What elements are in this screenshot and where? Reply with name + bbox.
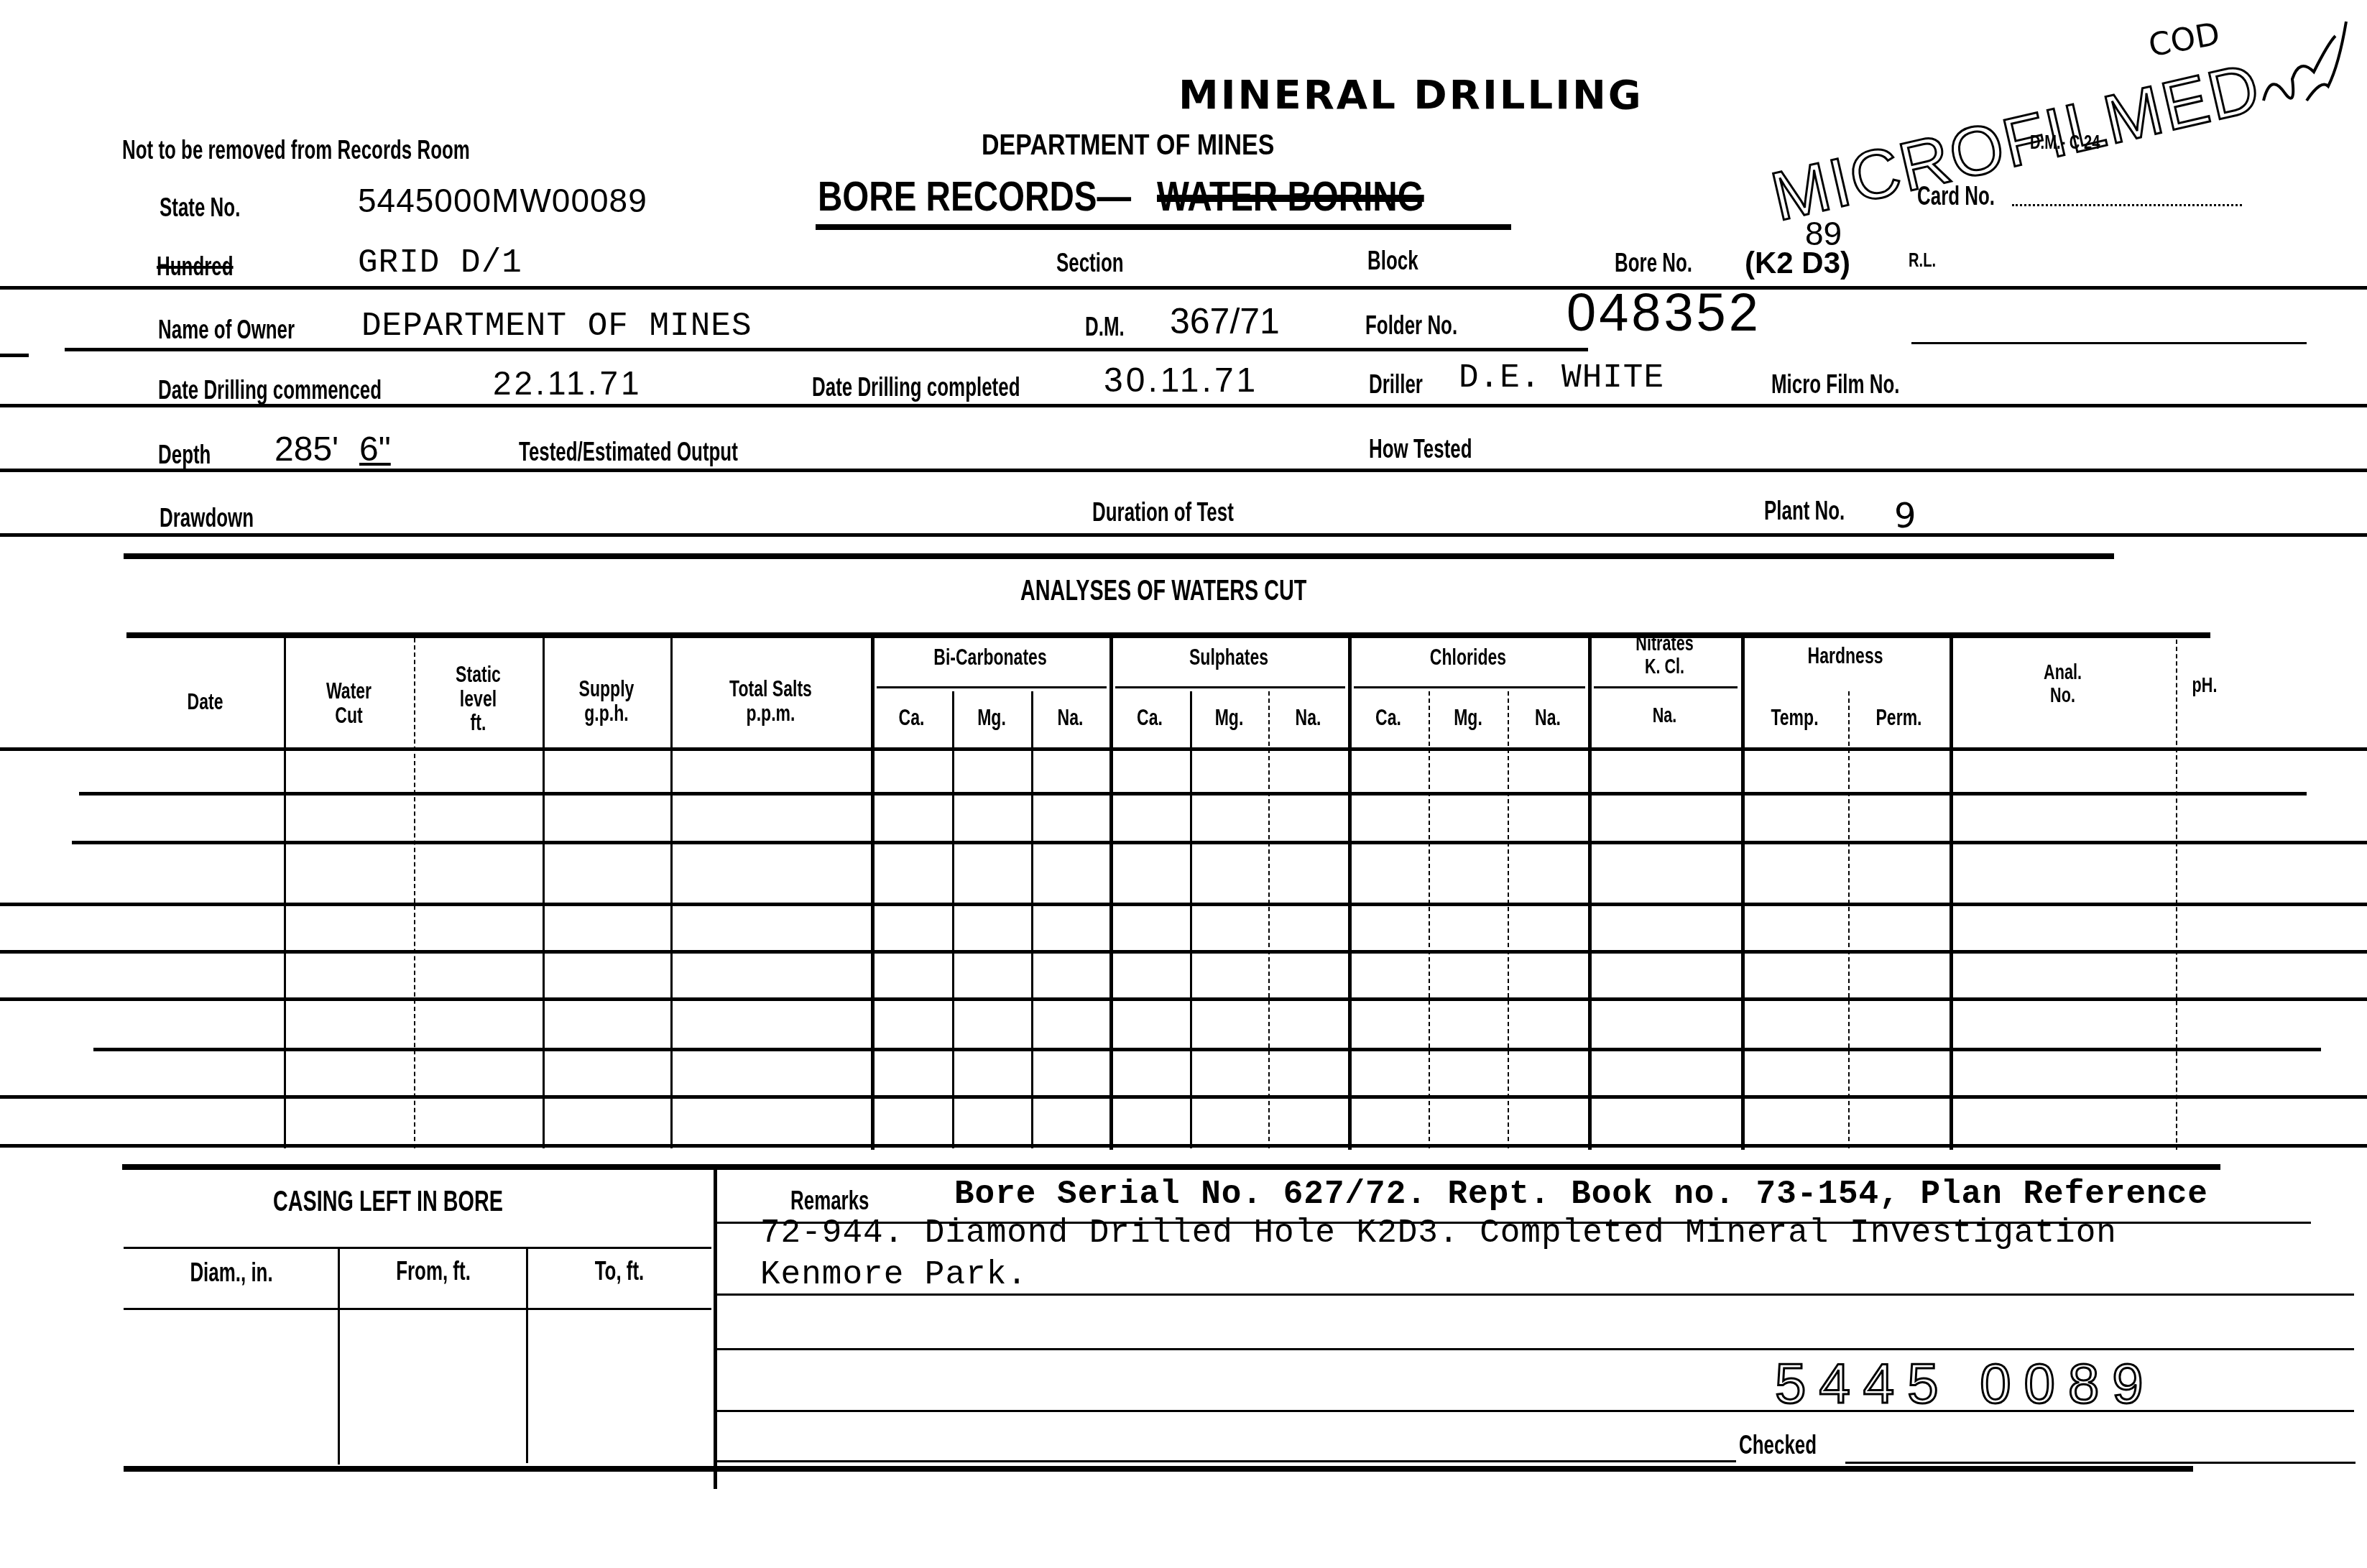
form-title: BORE RECORDS—WATER BORING: [818, 172, 1482, 221]
how-tested-label: How Tested: [1369, 434, 1472, 464]
handwritten-initials-scribble: [2256, 14, 2350, 115]
col-divider: [284, 638, 286, 1148]
analyses-title: ANALYSES OF WATERS CUT: [1020, 575, 1306, 607]
hundred-label: Hundred: [157, 252, 234, 282]
casing-rows-area[interactable]: [124, 1309, 711, 1464]
stamped-bore-number: 5445 0089: [1775, 1351, 2156, 1416]
col-divider: [1508, 691, 1509, 1148]
casing-header-rule: [124, 1247, 711, 1249]
bore-no-subvalue[interactable]: (K2 D3): [1745, 246, 1850, 280]
divider-row-3: [0, 404, 2367, 407]
bicarb-mg-header: Mg.: [963, 706, 1020, 730]
table-row[interactable]: [79, 792, 2307, 795]
card-no-field[interactable]: [2012, 204, 2242, 206]
col-total-salts-header: Total Salts p.p.m.: [698, 677, 843, 725]
divider-row-2: [65, 348, 1588, 351]
chlorides-mg-header: Mg.: [1439, 706, 1496, 730]
group-rule: [1594, 686, 1738, 688]
depth-inches-value[interactable]: 6": [359, 430, 391, 469]
table-row[interactable]: [93, 1048, 2321, 1051]
casing-remarks-divider: [714, 1166, 717, 1489]
plant-no-label: Plant No.: [1764, 496, 1845, 526]
col-supply-header: Supply g.p.h.: [560, 677, 652, 725]
driller-value[interactable]: D.E. WHITE: [1459, 359, 1664, 397]
col-water-cut-header: Water Cut: [302, 679, 395, 727]
remarks-label: Remarks: [790, 1186, 869, 1216]
department-heading: DEPARTMENT OF MINES: [982, 129, 1274, 162]
table-row[interactable]: [0, 1144, 2367, 1148]
col-divider: [543, 638, 545, 1148]
casing-title: CASING LEFT IN BORE: [273, 1186, 503, 1218]
col-anal-no-header: Anal. No.: [1981, 661, 2144, 706]
date-commenced-label: Date Drilling commenced: [158, 375, 382, 405]
col-divider: [1429, 691, 1430, 1148]
checked-field[interactable]: [1845, 1437, 2356, 1464]
col-divider: [1109, 632, 1113, 1150]
bottom-section-top-rule: [122, 1164, 2220, 1170]
depth-label: Depth: [158, 440, 211, 470]
owner-value[interactable]: DEPARTMENT OF MINES: [361, 308, 752, 345]
checked-rule-left: [716, 1460, 1736, 1462]
folder-no-value[interactable]: 048352: [1567, 282, 1761, 343]
group-rule: [877, 686, 1107, 688]
handwritten-mineral-drilling: MINERAL DRILLING: [1178, 72, 1643, 119]
group-rule: [1354, 686, 1585, 688]
records-room-notice: Not to be removed from Records Room: [122, 135, 470, 165]
checked-label: Checked: [1739, 1430, 1817, 1460]
header-bottom-rule: [0, 747, 2367, 751]
bore-no-label: Bore No.: [1615, 248, 1692, 278]
plant-no-value[interactable]: 9: [1894, 496, 1916, 536]
remarks-line-3[interactable]: Kenmore Park.: [760, 1256, 1028, 1293]
col-date-header: Date: [149, 690, 262, 714]
hundred-value[interactable]: GRID D/1: [358, 244, 522, 282]
date-commenced-value[interactable]: 22.11.71: [493, 364, 642, 402]
divider-row-4: [0, 469, 2367, 472]
table-top-rule: [126, 632, 2210, 638]
date-completed-value[interactable]: 30.11.71: [1104, 361, 1258, 400]
col-chlorides-header: Chlorides: [1382, 645, 1554, 670]
driller-label: Driller: [1369, 369, 1423, 400]
col-divider: [871, 632, 875, 1150]
casing-col-to: To, ft.: [553, 1258, 686, 1285]
group-rule: [1115, 686, 1345, 688]
col-divider: [670, 638, 673, 1148]
col-divider: [1031, 691, 1033, 1148]
table-row[interactable]: [0, 1095, 2367, 1099]
state-no-value[interactable]: 5445000MW00089: [358, 181, 647, 220]
col-ph-header: pH.: [2184, 674, 2225, 697]
rl-label: R.L.: [1909, 249, 1936, 272]
sulphates-ca-header: Ca.: [1121, 706, 1179, 730]
col-static-level-header: Static level ft.: [432, 663, 525, 735]
remarks-rule-2: [716, 1293, 2354, 1296]
col-divider: [1950, 632, 1953, 1150]
title-underline: [816, 224, 1511, 230]
duration-of-test-label: Duration of Test: [1092, 497, 1234, 527]
casing-col-from: From, ft.: [366, 1258, 502, 1285]
col-hardness-header: Hardness: [1771, 644, 1921, 668]
hardness-temp-header: Temp.: [1756, 706, 1833, 730]
drawdown-label: Drawdown: [160, 503, 254, 533]
divider-row-2-right: [1911, 342, 2307, 344]
col-divider: [952, 691, 954, 1148]
dm-value[interactable]: 367/71: [1170, 300, 1280, 342]
col-divider: [1348, 632, 1352, 1150]
form-title-text: BORE RECORDS—: [818, 172, 1131, 221]
col-sulphates-header: Sulphates: [1143, 645, 1314, 670]
tested-output-label: Tested/Estimated Output: [519, 437, 738, 467]
margin-tick: [0, 354, 29, 357]
table-row[interactable]: [0, 997, 2367, 1001]
micro-film-no-label: Micro Film No.: [1771, 369, 1900, 400]
bottom-rule: [124, 1466, 2193, 1472]
bicarb-na-header: Na.: [1042, 706, 1098, 730]
section-rule: [124, 553, 2114, 559]
col-divider: [1268, 691, 1270, 1148]
hardness-perm-header: Perm.: [1863, 706, 1936, 730]
col-divider: [1848, 691, 1850, 1148]
remarks-line-1[interactable]: Bore Serial No. 627/72. Rept. Book no. 7…: [954, 1176, 2208, 1213]
chlorides-ca-header: Ca.: [1360, 706, 1418, 730]
section-label: Section: [1056, 248, 1124, 278]
date-completed-label: Date Drilling completed: [812, 372, 1020, 402]
col-nitrates-header: Nitrates K. Cl.: [1610, 632, 1720, 678]
folder-no-label: Folder No.: [1365, 310, 1457, 341]
dm-label: D.M.: [1085, 312, 1125, 342]
sulphates-na-header: Na.: [1280, 706, 1337, 730]
divider-row-5: [0, 533, 2367, 537]
block-label: Block: [1367, 246, 1418, 276]
table-row[interactable]: [0, 903, 2367, 906]
col-divider: [1190, 691, 1192, 1148]
col-divider: [2176, 632, 2177, 1150]
remarks-line-2[interactable]: 72-944. Diamond Drilled Hole K2D3. Compl…: [760, 1214, 2117, 1252]
form-title-struck-text: WATER BORING: [1157, 172, 1424, 221]
bicarb-ca-header: Ca.: [882, 706, 941, 730]
col-divider: [1741, 632, 1745, 1150]
col-bicarbonates-header: Bi-Carbonates: [904, 645, 1076, 670]
sulphates-mg-header: Mg.: [1201, 706, 1257, 730]
microfilmed-stamp: MICROFILMED: [1764, 48, 2268, 237]
chlorides-na-header: Na.: [1519, 706, 1577, 730]
remarks-rule-4: [716, 1410, 2354, 1412]
remarks-rule-3: [716, 1348, 2354, 1350]
state-no-label: State No.: [160, 193, 240, 223]
casing-col-diam: Diam., in.: [154, 1259, 309, 1286]
owner-label: Name of Owner: [158, 315, 295, 345]
depth-feet-value[interactable]: 285': [274, 430, 338, 469]
table-row[interactable]: [72, 841, 2367, 844]
col-divider: [414, 638, 415, 1148]
table-row[interactable]: [0, 950, 2367, 954]
divider-row-1: [0, 286, 2367, 290]
nitrates-na-header: Na.: [1610, 704, 1720, 727]
col-divider: [1588, 632, 1592, 1150]
